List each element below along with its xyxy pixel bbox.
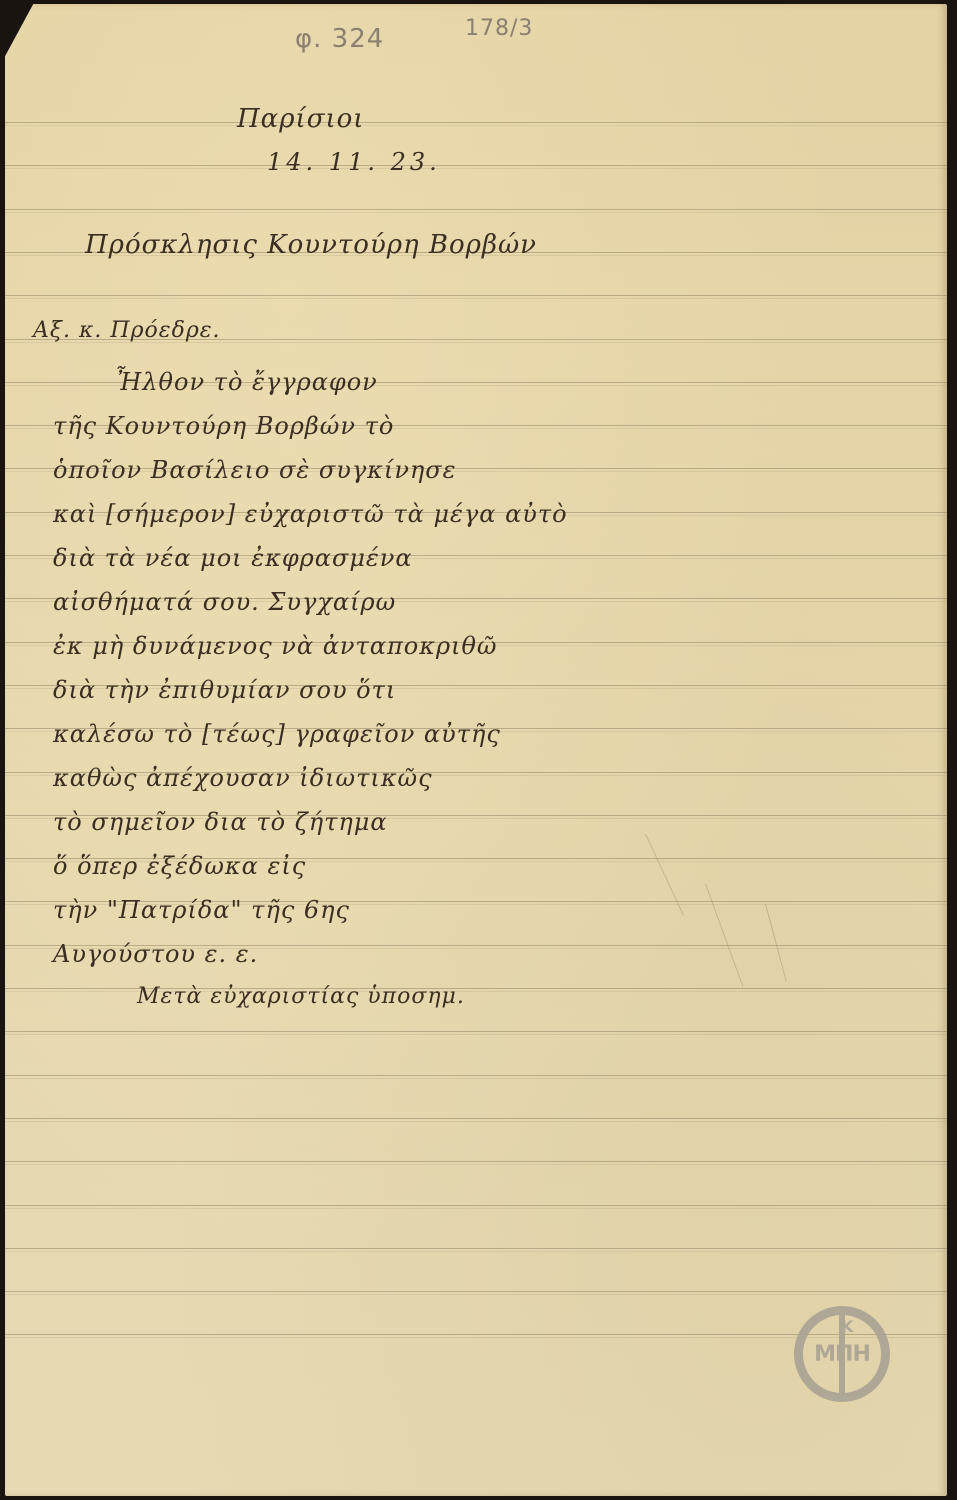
body-line: ἐκ μὴ δυνάμενος νὰ ἀνταποκριθῶ xyxy=(53,632,497,660)
ruled-line xyxy=(5,1205,947,1209)
letter-date: 14. 11. 23. xyxy=(267,148,441,176)
ruled-line xyxy=(5,1291,947,1295)
letter-salutation: Αξ. κ. Πρόεδρε. xyxy=(33,318,221,343)
body-line: ὅ ὅπερ ἐξέδωκα εἰς xyxy=(53,852,306,880)
ruled-line xyxy=(5,1248,947,1252)
body-line: τῆς Κουντούρη Βορβών τὸ xyxy=(53,412,394,440)
ruled-line xyxy=(5,1075,947,1079)
ruled-line xyxy=(5,295,947,299)
stamp-label: ΜΠΗ xyxy=(803,1315,881,1393)
body-line: Αυγούστου ε. ε. xyxy=(53,940,258,968)
pencil-mark xyxy=(765,904,787,982)
archive-folio-number: φ. 324 xyxy=(295,24,384,54)
ruled-line xyxy=(5,165,947,169)
body-line: τὴν "Πατρίδα" τῆς 6ης xyxy=(53,896,350,924)
letter-closing: Μετὰ εὐχαριστίας ὑποσημ. xyxy=(137,984,465,1009)
body-line: διὰ τὰ νέα μοι ἐκφρασμένα xyxy=(53,544,413,572)
ruled-line xyxy=(5,122,947,126)
ruled-line xyxy=(5,1161,947,1165)
archive-catalog-number: 178/3 xyxy=(465,16,533,41)
body-line: Ἦλθον τὸ ἔγγραφον xyxy=(115,368,378,396)
body-line: ὁποῖον Βασίλειο σὲ συγκίνησε xyxy=(53,456,457,484)
body-line: καὶ [σήμερον] εὐχαριστῶ τὰ μέγα αὐτὸ xyxy=(53,500,568,528)
letter-place: Παρίσιοι xyxy=(237,104,365,134)
body-line: τὸ σημεῖον δια τὸ ζήτημα xyxy=(53,808,388,836)
ruled-line xyxy=(5,1118,947,1122)
letter-subject: Πρόσκλησις Κουντούρη Βορβών xyxy=(85,230,537,260)
pencil-mark xyxy=(705,884,744,988)
ruled-line xyxy=(5,209,947,213)
archive-stamp: Κ ΜΠΗ xyxy=(794,1306,890,1402)
ruled-line xyxy=(5,1031,947,1035)
body-line: διὰ τὴν ἐπιθυμίαν σου ὅτι xyxy=(53,676,396,704)
body-line: αἰσθήματά σου. Συγχαίρω xyxy=(53,588,396,616)
body-line: καλέσω τὸ [τέως] γραφεῖον αὐτῆς xyxy=(53,720,501,748)
body-line: καθὼς ἀπέχουσαν ἰδιωτικῶς xyxy=(53,764,433,792)
document-page: φ. 324 178/3 Παρίσιοι 14. 11. 23. Πρόσκλ… xyxy=(5,4,947,1496)
